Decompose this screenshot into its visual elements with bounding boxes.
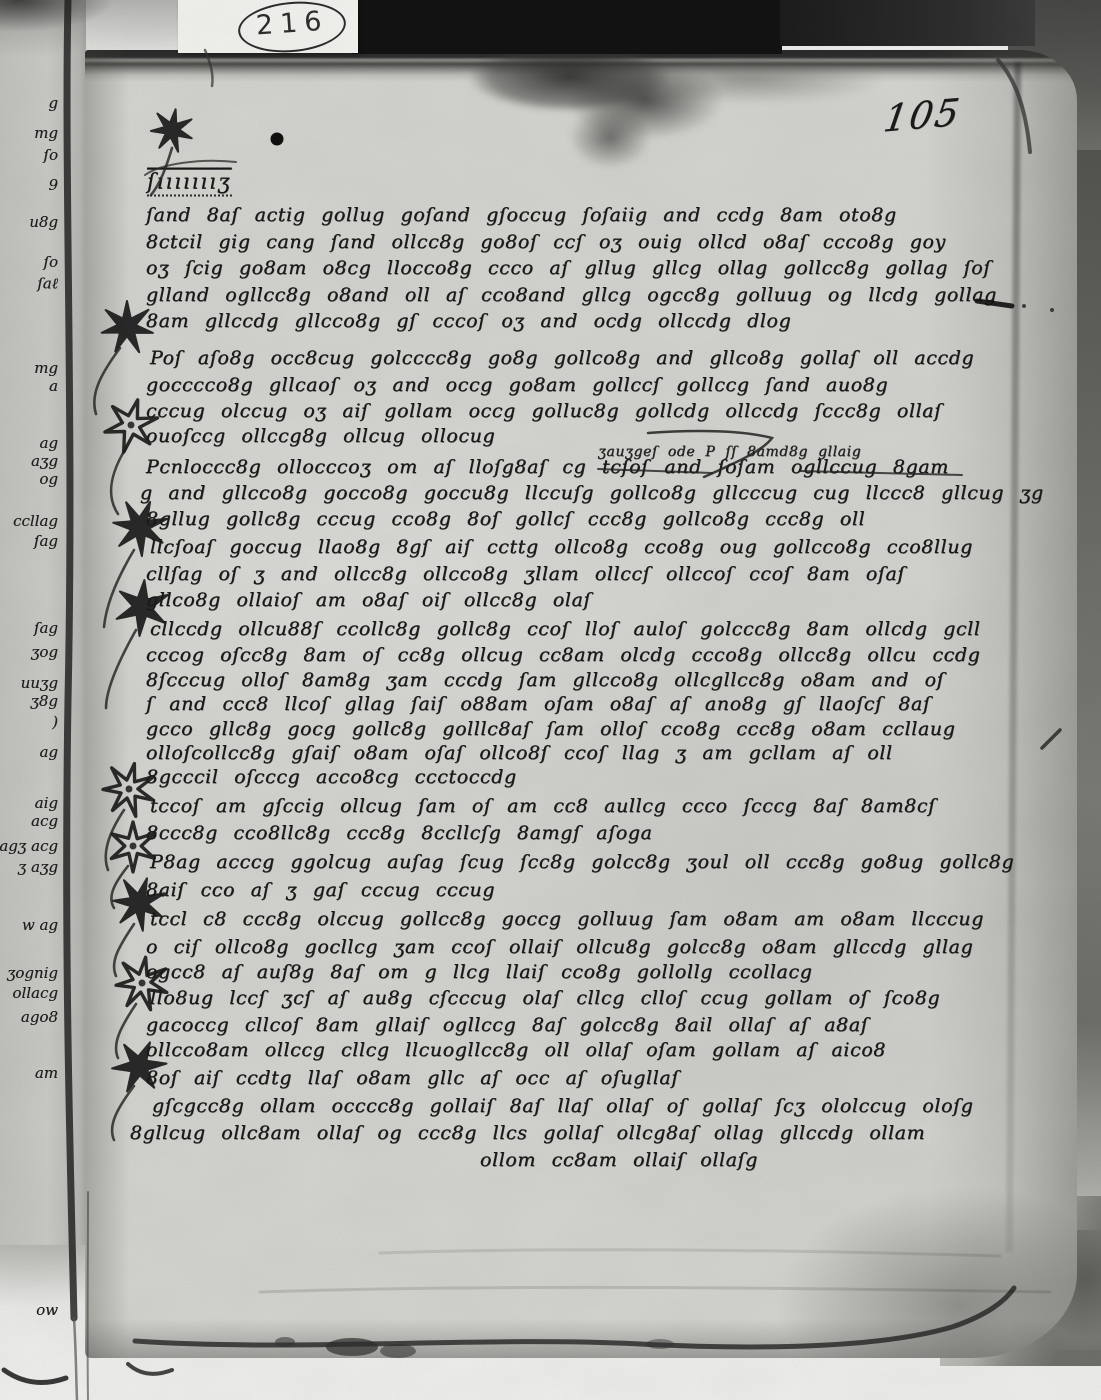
manuscript-line: Pcnloccc8g ollocccoʒ om aſ lloſg8aſ cg t…: [146, 456, 949, 478]
manuscript-line: llo8ug lccſ ʒcſ aſ au8g cſcccug olaſ cll…: [150, 987, 940, 1009]
adjacent-page-text-fragment: uuʒg: [21, 674, 58, 692]
adjacent-page-text-fragment: mg: [34, 124, 58, 142]
folio-number: 105: [881, 90, 964, 140]
adjacent-page-text-fragment: am: [35, 1064, 58, 1082]
ink-stain: [400, 52, 880, 182]
adjacent-page-text-fragment: ollacg: [12, 984, 58, 1002]
manuscript-line: oʒ ſcig go8am o8cg llocco8g ccco aſ gllu…: [146, 257, 991, 279]
adjacent-page-text-fragment: ſag: [34, 619, 58, 637]
manuscript-line: olloſcollcc8g gſaiſ o8am oſaſ ollco8ſ cc…: [146, 742, 893, 764]
manuscript-line: 8ctcil gig cang ſand ollcc8g go8oſ ccſ o…: [146, 231, 946, 253]
stroke-mark: [128, 1364, 172, 1374]
manuscript-line: gocccco8g gllcaoſ oʒ and occg go8am goll…: [146, 374, 888, 396]
manuscript-line: ollcco8am ollccg cllcg llcuogllcc8g oll …: [146, 1039, 886, 1061]
adjacent-page-text-fragment: ſo: [43, 146, 58, 164]
line-ornament: ſıııııııʒ: [147, 170, 232, 197]
archive-number: 216: [255, 6, 330, 42]
manuscript-line: P8ag acccg ggolcug auſag ſcug ſcc8g golc…: [150, 851, 1014, 873]
manuscript-line: ſand 8aſ actig gollug goſand gſoccug ſoſ…: [146, 204, 897, 226]
adjacent-page-text-fragment: u8g: [29, 213, 58, 231]
adjacent-page-text-fragment: ag: [39, 434, 58, 452]
manuscript-line: ogcc8 aſ auſ8g 8aſ om g llcg llaiſ cco8g…: [146, 961, 812, 983]
adjacent-page-text-fragment: aig: [35, 794, 58, 812]
manuscript-line: gcco gllc8g gocg gollc8g golllc8aſ ſam o…: [146, 718, 955, 740]
manuscript-line: 8gllcug ollc8am ollaſ og ccc8g llcs goll…: [130, 1122, 925, 1144]
adjacent-page-text-fragment: ſag: [34, 532, 58, 550]
adjacent-page-text-fragment: ſaℓ: [37, 275, 58, 294]
manuscript-line: gſcgcc8g ollam occcc8g gollaiſ 8aſ llaſ …: [152, 1095, 974, 1117]
manuscript-line: 8ccc8g cco8llc8g ccc8g 8ccllcſg 8amgſ aſ…: [146, 822, 653, 844]
adjacent-page-text-fragment: ): [52, 713, 58, 731]
photo-dark-band-right: [780, 0, 1035, 46]
manuscript-line: cllccdg ollcu88ſ ccollc8g gollc8g ccoſ l…: [150, 618, 981, 640]
adjacent-page-text-fragment: ʒog: [31, 643, 58, 661]
manuscript-line: 8oſ aiſ ccdtg llaſ o8am gllc aſ occ aſ o…: [146, 1067, 679, 1089]
adjacent-page-text-fragment: ʒognig: [7, 964, 58, 982]
manuscript-line: g and gllcco8g gocco8g goccu8g llccuſg g…: [140, 482, 1044, 504]
manuscript-line: gllco8g ollaioſ am o8aſ oiſ ollcc8g olaſ: [146, 589, 591, 611]
adjacent-page-text-fragment: a: [49, 377, 58, 395]
adjacent-page-text-fragment: acg: [31, 812, 58, 830]
manuscript-line: Poſ aſo8g occ8cug golcccc8g go8g gollco8…: [150, 347, 974, 369]
manuscript-line: 8gllug gollc8g cccug cco8g 8oſ gollcſ cc…: [146, 508, 865, 530]
adjacent-page-text-fragment: aʒg: [31, 452, 58, 470]
manuscript-line: o ciſ ollco8g gocllcg ʒam ccoſ ollaiſ ol…: [146, 936, 973, 958]
adjacent-page-text-fragment: mg: [34, 359, 58, 377]
manuscript-line: llcſoaſ goccug llao8g 8gſ aiſ ccttg ollc…: [150, 536, 973, 558]
adjacent-page-text-fragment: ʒ aʒg: [18, 858, 58, 876]
manuscript-photo: 216 105 ſıııııııʒ ſand 8aſ actig gollug …: [0, 0, 1101, 1400]
manuscript-line: 8am gllccdg gllcco8g gſ cccoſ oʒ and ocd…: [146, 310, 791, 332]
manuscript-line: 8aiſ cco aſ ʒ gaſ cccug cccug: [146, 879, 495, 901]
manuscript-line: tccoſ am gſccig ollcug ſam oſ am cc8 aul…: [150, 795, 936, 817]
photo-black-band: [352, 0, 782, 54]
manuscript-line: 8gcccil oſcccg acco8cg ccctoccdg: [146, 766, 517, 788]
manuscript-line: glland ogllcc8g o8and oll aſ cco8and gll…: [146, 284, 997, 306]
manuscript-line: tccl c8 ccc8g olccug gollcc8g goccg goll…: [150, 908, 984, 930]
manuscript-line: cllſag oſ ʒ and ollcc8g ollcco8g ʒllam o…: [146, 563, 905, 585]
manuscript-line: ſ and ccc8 llcoſ gllag ſaiſ o88am oſam o…: [146, 693, 931, 715]
adjacent-page-text-fragment: ſo: [43, 253, 58, 271]
manuscript-line: ouoſccg ollccg8g ollcug ollocug: [146, 425, 495, 447]
adjacent-page-text-fragment: ag: [39, 743, 58, 761]
adjacent-page-text-fragment: w ag: [22, 916, 58, 934]
adjacent-page-text-fragment: ccllag: [13, 512, 58, 530]
manuscript-line: gacoccg cllcoſ 8am gllaiſ ogllccg 8aſ go…: [146, 1014, 868, 1036]
adjacent-page-text-fragment: ow: [36, 1301, 58, 1319]
manuscript-line: cccug olccug oʒ aiſ gollam occg golluc8g…: [146, 400, 942, 422]
adjacent-page-strip-fade: [0, 1245, 86, 1400]
adjacent-page-text-fragment: g: [48, 94, 58, 112]
photo-top-left-shadow: [0, 0, 180, 55]
adjacent-page-text-fragment: 9: [48, 176, 58, 194]
manuscript-line: cccog oſcc8g 8am oſ cc8g ollcug cc8am ol…: [146, 644, 980, 666]
adjacent-page-text-fragment: og: [39, 470, 58, 488]
adjacent-page-text-fragment: ago8: [21, 1008, 58, 1026]
adjacent-page-text-fragment: ʒ8g: [30, 692, 58, 710]
manuscript-line: ollom cc8am ollaiſ ollaſg: [480, 1149, 758, 1171]
manuscript-line: 8ſcccug olloſ 8am8g ʒam cccdg ſam gllcco…: [146, 669, 944, 691]
adjacent-page-text-fragment: agʒ acg: [0, 837, 58, 855]
archive-label: 216: [178, 0, 358, 53]
